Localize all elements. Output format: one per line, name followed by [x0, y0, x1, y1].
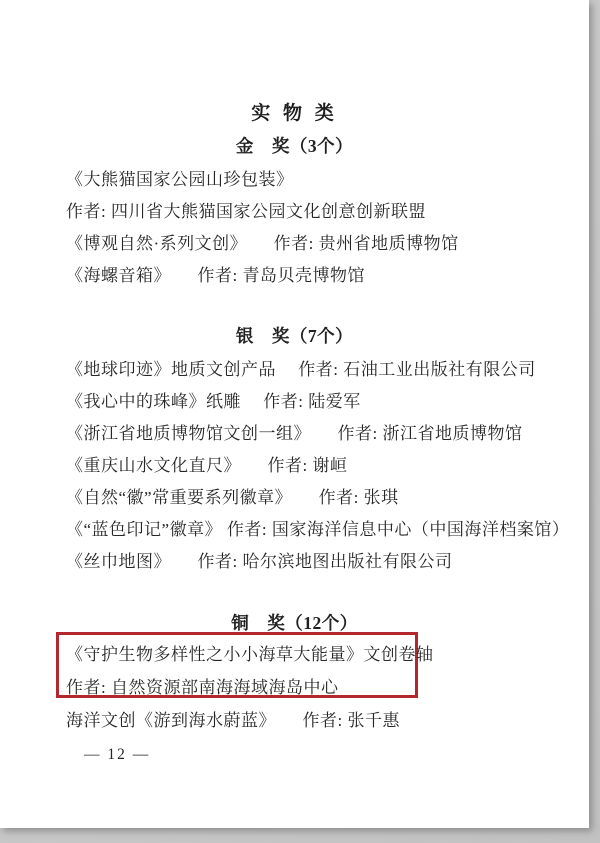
award-entry-line: 《自然“徽”常重要系列徽章》 作者: 张琪	[66, 488, 399, 507]
award-entry-line: 海洋文创《游到海水蔚蓝》 作者: 张千惠	[66, 711, 400, 730]
award-entry-line: 《地球印迹》地质文创产品 作者: 石油工业出版社有限公司	[66, 360, 536, 379]
section-heading-gold: 金 奖（3个）	[0, 137, 589, 156]
highlighted-entry-title: 《守护生物多样性之小小海草大能量》文创卷轴	[66, 645, 434, 664]
page-number: — 12 —	[84, 745, 150, 764]
award-entry-line: 《我心中的珠峰》纸雕 作者: 陆爱军	[66, 392, 361, 411]
award-entry-line: 《博观自然·系列文创》 作者: 贵州省地质博物馆	[66, 234, 459, 253]
section-heading-silver: 银 奖（7个）	[0, 327, 589, 346]
award-entry-line: 《“蓝色印记”徽章》 作者: 国家海洋信息中心（中国海洋档案馆）	[66, 520, 569, 539]
award-entry-title: 《大熊猫国家公园山珍包装》	[66, 170, 294, 189]
document-page: 实 物 类 金 奖（3个） 《大熊猫国家公园山珍包装》 作者: 四川省大熊猫国家…	[0, 0, 589, 828]
highlighted-entry-author: 作者: 自然资源部南海海域海岛中心	[66, 678, 338, 697]
award-entry-line: 《海螺音箱》 作者: 青岛贝壳博物馆	[66, 266, 365, 285]
section-heading-bronze: 铜 奖（12个）	[0, 614, 589, 633]
category-heading: 实 物 类	[0, 104, 589, 123]
award-entry-author: 作者: 四川省大熊猫国家公园文化创意创新联盟	[66, 202, 426, 221]
award-entry-line: 《重庆山水文化直尺》 作者: 谢峘	[66, 456, 347, 475]
award-entry-line: 《丝巾地图》 作者: 哈尔滨地图出版社有限公司	[66, 552, 452, 571]
scan-background: 实 物 类 金 奖（3个） 《大熊猫国家公园山珍包装》 作者: 四川省大熊猫国家…	[0, 0, 600, 843]
award-entry-line: 《浙江省地质博物馆文创一组》 作者: 浙江省地质博物馆	[66, 424, 522, 443]
